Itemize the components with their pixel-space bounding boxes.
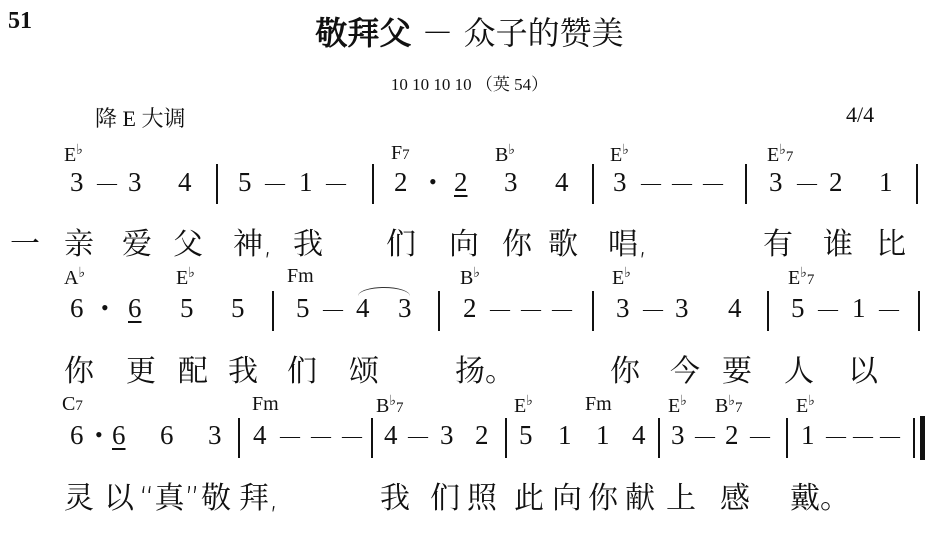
meter-info: 10 10 10 10 （英 54） xyxy=(0,70,939,95)
dash: — xyxy=(750,425,770,448)
chord-symbol: E♭ xyxy=(668,393,687,418)
chord-symbol: E♭7 xyxy=(767,142,793,167)
lyric-syllable: 献 xyxy=(625,473,655,517)
note: 1 xyxy=(558,420,572,451)
note: 5 xyxy=(519,420,533,451)
chord-symbol: E♭ xyxy=(612,265,631,290)
dash: — xyxy=(853,425,873,448)
note: 6 xyxy=(70,420,84,451)
time-signature: 4/4 xyxy=(846,102,874,128)
lyric-syllable: 们 xyxy=(287,346,317,390)
chord-symbol: B♭7 xyxy=(715,393,742,418)
dash: — xyxy=(280,425,300,448)
dash: — xyxy=(641,172,661,195)
dash: — xyxy=(490,298,510,321)
note: 2 xyxy=(394,167,408,198)
lyric-syllable: 神, xyxy=(233,219,273,263)
dash: — xyxy=(879,298,899,321)
barline xyxy=(438,291,440,331)
note: 5 xyxy=(238,167,252,198)
lyric-syllable: 向 xyxy=(552,473,582,517)
lyric-syllable: 敬 xyxy=(201,473,231,517)
lyric-syllable: 们 xyxy=(430,473,460,517)
chord-symbol: A♭ xyxy=(64,265,85,290)
dash: — xyxy=(672,172,692,195)
note: 6 xyxy=(70,293,84,324)
note: 4 xyxy=(253,420,267,451)
lyric-syllable: 一 xyxy=(10,219,40,263)
key-signature: 降 E 大调 xyxy=(95,102,185,133)
note: 4 xyxy=(356,293,370,324)
title-subtitle: － 众子的赞美 xyxy=(422,14,624,52)
note: 3 xyxy=(70,167,84,198)
note: 3 xyxy=(675,293,689,324)
dash: — xyxy=(326,172,346,195)
lyric-syllable: 爱 xyxy=(122,219,152,263)
note: 2 xyxy=(463,293,477,324)
dash: — xyxy=(408,425,428,448)
chord-symbol: Fm xyxy=(287,265,314,288)
dot: • xyxy=(429,169,437,195)
lyric-syllable: 照 xyxy=(467,473,497,517)
dash: — xyxy=(323,298,343,321)
barline xyxy=(745,164,747,204)
lyric-syllable: 灵 xyxy=(64,473,94,517)
note: 6 xyxy=(128,293,142,324)
lyric-syllable: 唱, xyxy=(608,219,648,263)
lyric-syllable: 扬。 xyxy=(455,346,515,390)
note: 4 xyxy=(728,293,742,324)
barline xyxy=(916,164,918,204)
note: 3 xyxy=(613,167,627,198)
barline xyxy=(767,291,769,331)
lyric-syllable: 你 xyxy=(64,346,94,390)
dash: — xyxy=(695,425,715,448)
final-barline-thick xyxy=(920,416,925,460)
chord-symbol: Fm xyxy=(585,393,612,416)
note: 6 xyxy=(160,420,174,451)
dash: — xyxy=(818,298,838,321)
lyric-syllable: 有 xyxy=(763,219,793,263)
chord-symbol: Fm xyxy=(252,393,279,416)
note: 2 xyxy=(475,420,489,451)
note: 1 xyxy=(879,167,893,198)
lyric-syllable: 人 xyxy=(784,346,814,390)
note: 1 xyxy=(299,167,313,198)
chord-symbol: E♭7 xyxy=(788,265,814,290)
chord-symbol: C7 xyxy=(62,393,83,416)
dot: • xyxy=(95,422,103,448)
dash: — xyxy=(552,298,572,321)
barline xyxy=(505,418,507,458)
barline xyxy=(272,291,274,331)
lyric-syllable: 们 xyxy=(386,219,416,263)
note: 1 xyxy=(596,420,610,451)
final-barline-thin xyxy=(913,418,915,458)
note: 3 xyxy=(208,420,222,451)
chord-symbol: E♭ xyxy=(796,393,815,418)
lyric-syllable: 歌 xyxy=(548,219,578,263)
barline xyxy=(658,418,660,458)
note: 4 xyxy=(632,420,646,451)
lyric-syllable: 你 xyxy=(610,346,640,390)
note: 5 xyxy=(296,293,310,324)
dash: — xyxy=(97,172,117,195)
note: 2 xyxy=(829,167,843,198)
lyric-syllable: 向 xyxy=(449,219,479,263)
barline xyxy=(372,164,374,204)
note: 4 xyxy=(384,420,398,451)
chord-symbol: E♭ xyxy=(514,393,533,418)
lyric-syllable: 以 xyxy=(848,346,878,390)
lyric-syllable: 拜, xyxy=(239,473,279,517)
barline xyxy=(238,418,240,458)
dash: — xyxy=(643,298,663,321)
title-main: 敬拜父 xyxy=(315,14,411,52)
lyric-syllable: 谁 xyxy=(823,219,853,263)
chord-symbol: E♭ xyxy=(64,142,83,167)
lyric-syllable: 父 xyxy=(173,219,203,263)
note: 4 xyxy=(555,167,569,198)
barline xyxy=(592,164,594,204)
chord-symbol: F7 xyxy=(391,142,410,165)
note: 3 xyxy=(769,167,783,198)
note: 3 xyxy=(671,420,685,451)
dash: — xyxy=(342,425,362,448)
lyric-syllable: 今 xyxy=(670,346,700,390)
lyric-syllable: 戴。 xyxy=(790,473,850,517)
lyric-syllable: 比 xyxy=(876,219,906,263)
dash: — xyxy=(265,172,285,195)
note: 3 xyxy=(128,167,142,198)
dash: — xyxy=(826,425,846,448)
chord-symbol: E♭ xyxy=(610,142,629,167)
note: 6 xyxy=(112,420,126,451)
note: 3 xyxy=(616,293,630,324)
note: 3 xyxy=(398,293,412,324)
lyric-syllable: 要 xyxy=(722,346,752,390)
dash: — xyxy=(703,172,723,195)
lyric-syllable: 你 xyxy=(502,219,532,263)
note: 2 xyxy=(725,420,739,451)
barline xyxy=(371,418,373,458)
lyric-syllable: 我 xyxy=(293,219,323,263)
lyric-syllable: 颂 xyxy=(349,346,379,390)
chord-symbol: B♭ xyxy=(495,142,515,167)
barline xyxy=(592,291,594,331)
dash: — xyxy=(311,425,331,448)
chord-symbol: E♭ xyxy=(176,265,195,290)
note: 2 xyxy=(454,167,468,198)
dash: — xyxy=(521,298,541,321)
lyric-syllable: 上 xyxy=(666,473,696,517)
chord-symbol: B♭ xyxy=(460,265,480,290)
chord-symbol: B♭7 xyxy=(376,393,403,418)
note: 5 xyxy=(180,293,194,324)
dot: • xyxy=(101,295,109,321)
tie xyxy=(358,287,410,296)
barline xyxy=(918,291,920,331)
lyric-syllable: 感 xyxy=(720,473,750,517)
note: 1 xyxy=(801,420,815,451)
note: 3 xyxy=(504,167,518,198)
lyric-syllable: 我 xyxy=(380,473,410,517)
lyric-syllable: 亲 xyxy=(64,219,94,263)
note: 3 xyxy=(440,420,454,451)
lyric-syllable: 以 xyxy=(104,473,134,517)
lyric-syllable: “真” xyxy=(139,473,200,517)
dash: — xyxy=(880,425,900,448)
barline xyxy=(216,164,218,204)
barline xyxy=(786,418,788,458)
lyric-syllable: 我 xyxy=(228,346,258,390)
lyric-syllable: 配 xyxy=(178,346,208,390)
dash: — xyxy=(797,172,817,195)
page-title: 敬拜父 － 众子的赞美 xyxy=(0,8,939,54)
note: 5 xyxy=(791,293,805,324)
note: 5 xyxy=(231,293,245,324)
lyric-syllable: 此 xyxy=(514,473,544,517)
note: 4 xyxy=(178,167,192,198)
lyric-syllable: 更 xyxy=(126,346,156,390)
lyric-syllable: 你 xyxy=(588,473,618,517)
note: 1 xyxy=(852,293,866,324)
